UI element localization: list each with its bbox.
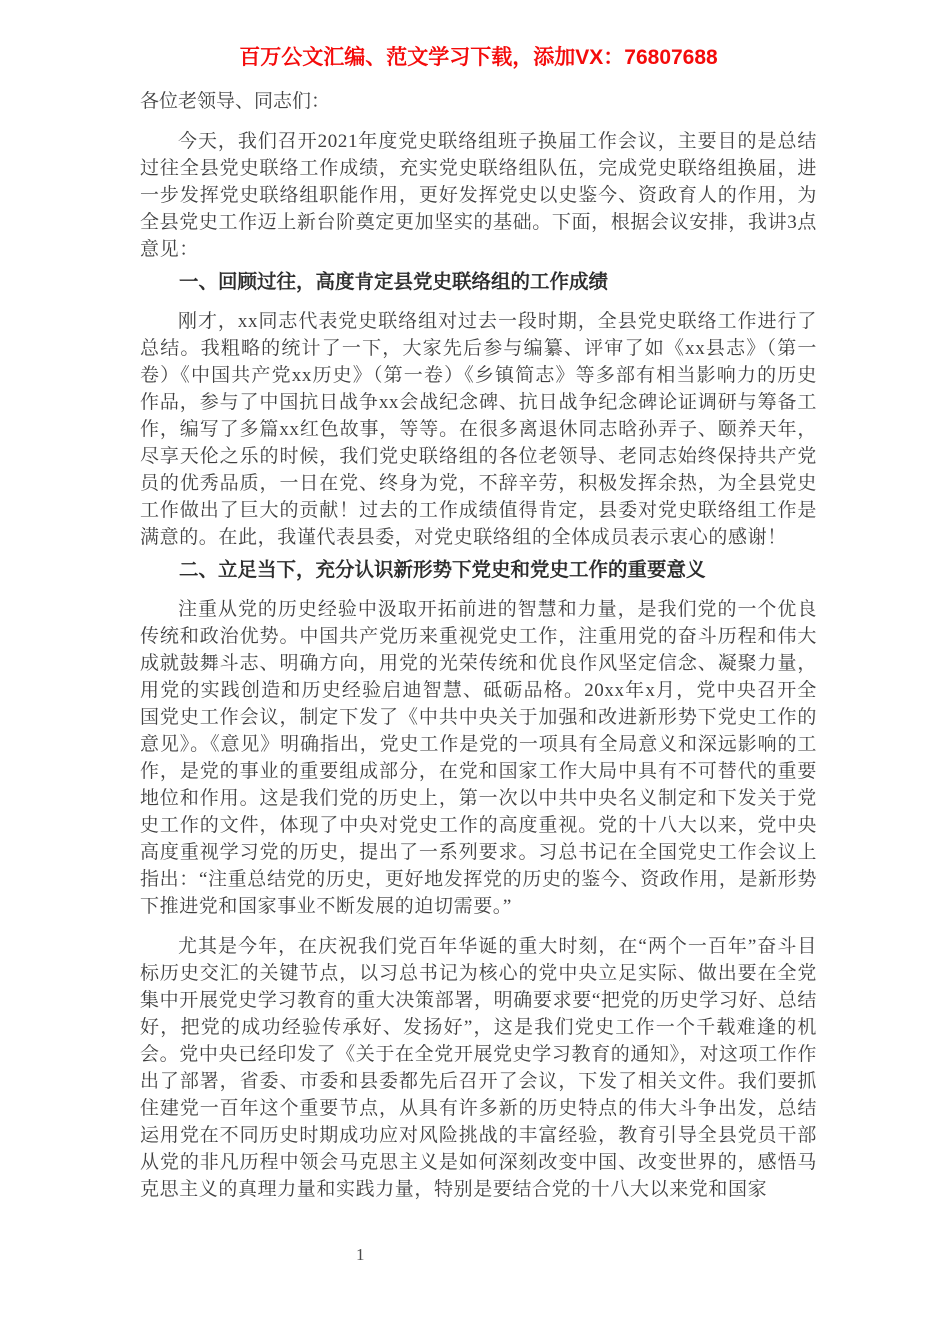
intro-paragraph: 今天，我们召开2021年度党史联络组班子换届工作会议，主要目的是总结过往全县党史… bbox=[140, 128, 817, 263]
header-notice: 百万公文汇编、范文学习下载，添加VX：76807688 bbox=[140, 44, 817, 72]
document-page: 百万公文汇编、范文学习下载，添加VX：76807688 各位老领导、同志们： 今… bbox=[0, 0, 950, 1344]
section-heading-1: 一、回顾过往，高度肯定县党史联络组的工作成绩 bbox=[140, 268, 817, 296]
section-1-paragraph-1: 刚才，xx同志代表党史联络组对过去一段时期，全县党史联络工作进行了总结。我粗略的… bbox=[140, 308, 817, 551]
section-2-paragraph-2: 尤其是今年，在庆祝我们党百年华诞的重大时刻，在“两个一百年”奋斗目标历史交汇的关… bbox=[140, 933, 817, 1203]
section-2-paragraph-1: 注重从党的历史经验中汲取开拓前进的智慧和力量，是我们党的一个优良传统和政治优势。… bbox=[140, 596, 817, 920]
section-heading-2: 二、立足当下，充分认识新形势下党史和党史工作的重要意义 bbox=[140, 556, 817, 584]
salutation: 各位老领导、同志们： bbox=[140, 88, 817, 115]
page-number: 1 bbox=[356, 1246, 365, 1264]
